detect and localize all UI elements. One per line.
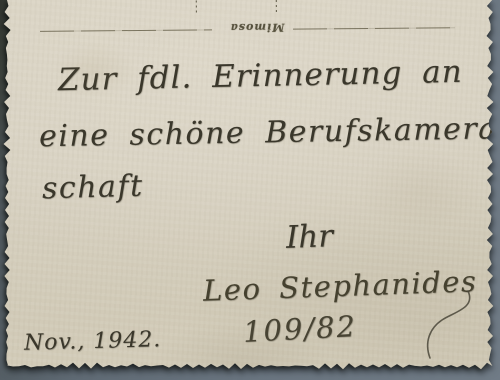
- stamp-box-dotted-line-left: [196, 0, 197, 15]
- stamp-box-dotted-line-right: [276, 0, 277, 15]
- handwriting-line-2: eine schöne Berufskamerad-: [39, 111, 500, 155]
- handwriting-salutation: Ihr: [285, 218, 333, 256]
- handwriting-line-1: Zur fdl. Erinnerung an: [58, 54, 463, 98]
- printed-header: Mimosa: [0, 0, 500, 52]
- handwriting-reference-number: 109/82: [242, 309, 358, 349]
- printed-divider-rule-left: [40, 29, 212, 32]
- photographed-scene: Mimosa Zur fdl. Erinnerung an eine schön…: [0, 0, 500, 380]
- handwriting-date: Nov., 1942.: [24, 327, 162, 356]
- paper-brand-stamp: Mimosa: [226, 21, 288, 35]
- photo-card-shadow-wrap: Mimosa Zur fdl. Erinnerung an eine schön…: [0, 0, 500, 380]
- handwriting-line-3: schaft: [42, 169, 144, 207]
- postcard-back: Mimosa Zur fdl. Erinnerung an eine schön…: [0, 0, 500, 380]
- signature-flourish-stroke: [418, 288, 478, 362]
- printed-divider-rule-right: [293, 27, 455, 29]
